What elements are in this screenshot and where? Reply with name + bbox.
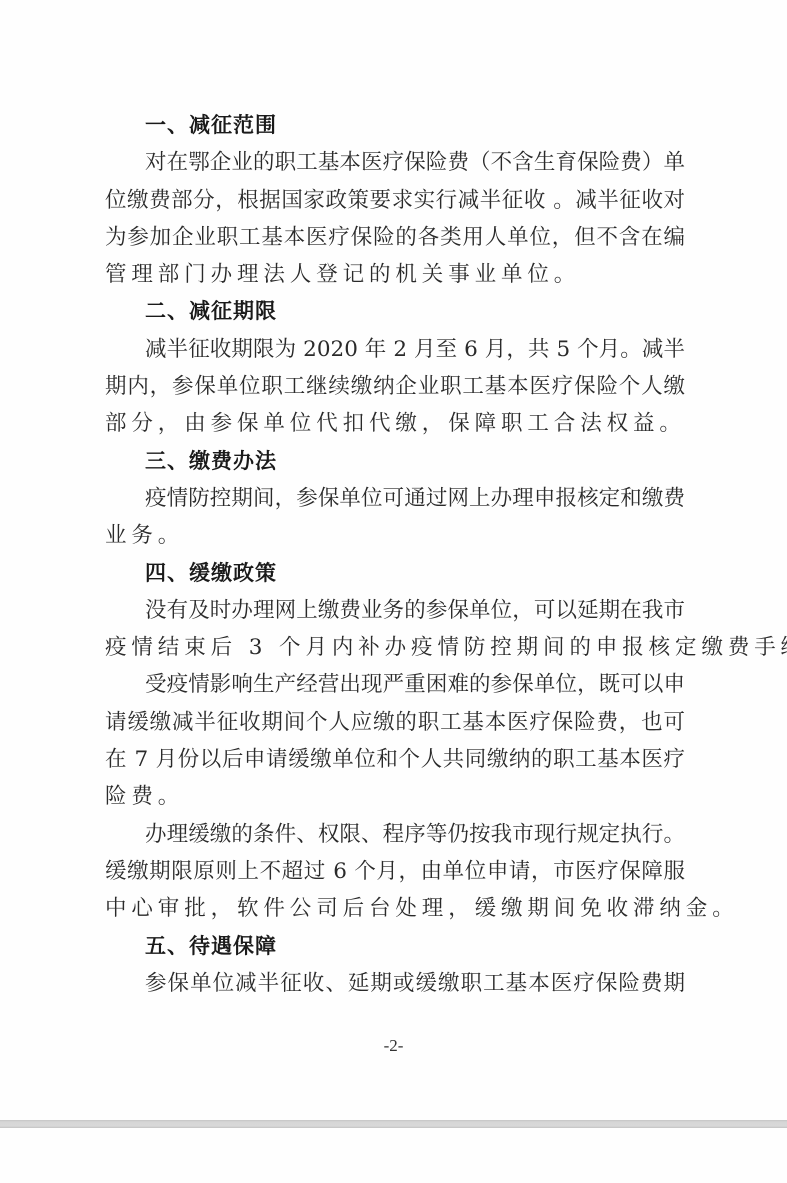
section-heading: 一、减征范围	[105, 107, 685, 144]
paragraph-line: 管理部门办理法人登记的机关事业单位。	[105, 256, 685, 293]
paragraph-line: 疫情结束后 3 个月内补办疫情防控期间的申报核定缴费手续。	[105, 629, 685, 666]
paragraph-line: 中心审批，软件公司后台处理，缓缴期间免收滞纳金。	[105, 890, 685, 927]
paragraph-line: 办理缓缴的条件、权限、程序等仍按我市现行规定执行。	[105, 816, 685, 853]
next-page-area	[0, 1128, 787, 1183]
section-heading: 五、待遇保障	[105, 928, 685, 965]
page-number: -2-	[0, 1036, 787, 1056]
section-heading: 二、减征期限	[105, 293, 685, 330]
paragraph-line: 没有及时办理网上缴费业务的参保单位，可以延期在我市	[105, 592, 685, 629]
paragraph-line: 业务。	[105, 517, 685, 554]
paragraph-line: 为参加企业职工基本医疗保险的各类用人单位，但不含在编制	[105, 219, 685, 256]
paragraph-line: 受疫情影响生产经营出现严重困难的参保单位，既可以申	[105, 666, 685, 703]
paragraph-line: 请缓缴减半征收期间个人应缴的职工基本医疗保险费，也可以	[105, 704, 685, 741]
paragraph-line: 减半征收期限为 2020 年 2 月至 6 月，共 5 个月。减半征收	[105, 331, 685, 368]
section-heading: 三、缴费办法	[105, 443, 685, 480]
paragraph-line: 位缴费部分，根据国家政策要求实行减半征收 。减半征收对象	[105, 182, 685, 219]
page-separator	[0, 1120, 787, 1128]
section-heading: 四、缓缴政策	[105, 555, 685, 592]
document-body: 一、减征范围对在鄂企业的职工基本医疗保险费（不含生育保险费）单位缴费部分，根据国…	[105, 107, 685, 1002]
document-page: 一、减征范围对在鄂企业的职工基本医疗保险费（不含生育保险费）单位缴费部分，根据国…	[0, 0, 787, 1120]
paragraph-line: 对在鄂企业的职工基本医疗保险费（不含生育保险费）单	[105, 144, 685, 181]
paragraph-line: 缓缴期限原则上不超过 6 个月，由单位申请，市医疗保障服务	[105, 853, 685, 890]
paragraph-line: 期内，参保单位职工继续缴纳企业职工基本医疗保险个人缴费	[105, 368, 685, 405]
paragraph-line: 在 7 月份以后申请缓缴单位和个人共同缴纳的职工基本医疗保	[105, 741, 685, 778]
paragraph-line: 参保单位减半征收、延期或缓缴职工基本医疗保险费期间，	[105, 965, 685, 1002]
paragraph-line: 疫情防控期间，参保单位可通过网上办理申报核定和缴费	[105, 480, 685, 517]
paragraph-line: 险费。	[105, 778, 685, 815]
paragraph-line: 部分，由参保单位代扣代缴，保障职工合法权益。	[105, 405, 685, 442]
